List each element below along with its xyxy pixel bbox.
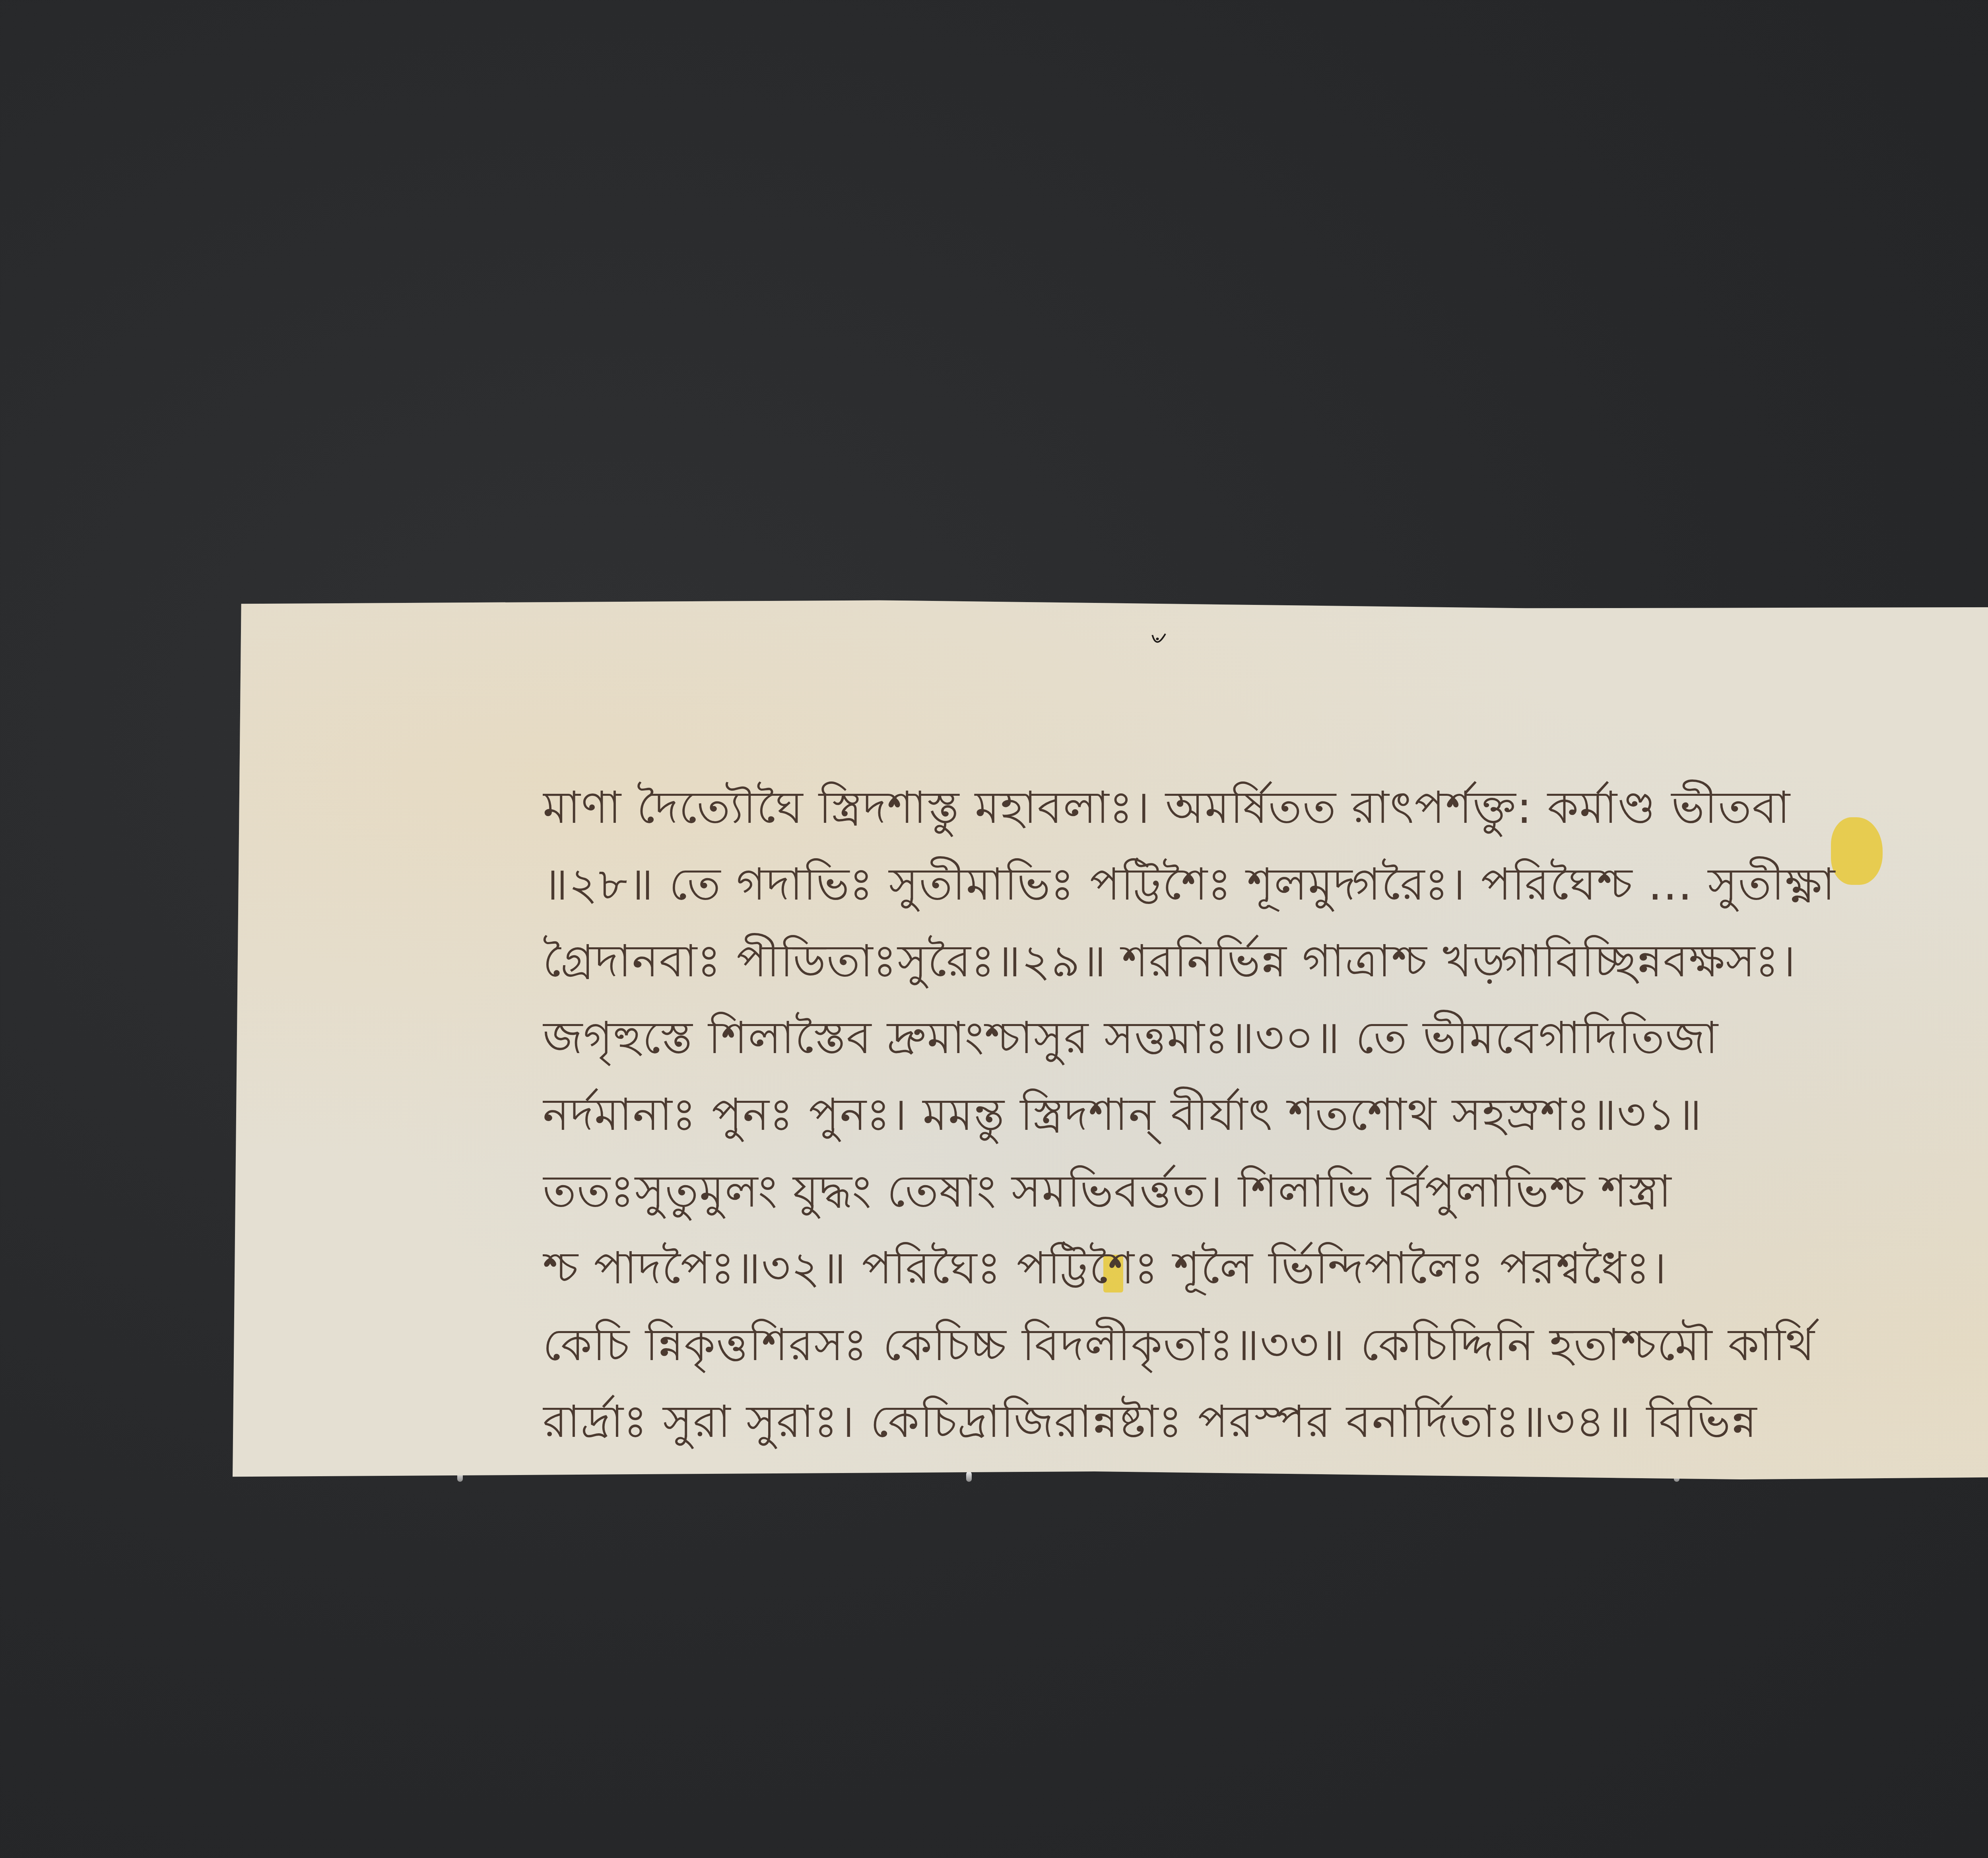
- mounting-pin: [966, 1471, 972, 1482]
- manuscript-text: মাণা দৈত্যৌঘৈ স্ত্রিদশাস্তু মহাবলাঃ। অমর…: [543, 770, 1988, 1460]
- text-line: মাণা দৈত্যৌঘৈ স্ত্রিদশাস্তু মহাবলাঃ। অমর…: [543, 770, 1988, 846]
- text-line: শ্চ পাদপৈঃ॥৩২॥ পরিঘৈঃ পট্টিশৈঃ শূলৈ র্ভি…: [543, 1230, 1988, 1307]
- manuscript-leaf: ৺ ৯১০ ᐯ মাণা দৈত্যৌঘৈ স্ত্রিদশাস্তু মহাব…: [233, 599, 1988, 1479]
- folio-mark: ৺: [1147, 628, 1164, 656]
- text-line: ততঃসুতুমুলং যুদ্ধং তেষাং সমভিবর্ত্তত। শি…: [543, 1153, 1988, 1230]
- text-line: জগৃহুস্তে শিলাস্তৈব দ্রুমাংশ্চাসুর সত্তম…: [543, 1000, 1988, 1077]
- text-line: নর্দমানাঃ পুনঃ পুনঃ। মমন্তু স্ত্রিদশান্‌…: [543, 1077, 1988, 1153]
- text-line: গ্রৈদানবাঃ পীডিতাঃসুরৈঃ॥২৯॥ শরনির্ভিন্ন …: [543, 923, 1988, 1000]
- text-line: কেচি ন্নিকৃত্তশিরসঃ কেচিচ্চ বিদলীকৃতাঃ॥৩…: [543, 1307, 1988, 1384]
- text-line: ॥২৮॥ তে গদাভিঃ সুতীমাভিঃ পট্টিশৈঃ শূলমুদ…: [543, 846, 1988, 923]
- text-line: রার্দ্রাঃ সুরা সুরাঃ। কেচিদ্ৰাজিরান্নষ্ট…: [543, 1384, 1988, 1460]
